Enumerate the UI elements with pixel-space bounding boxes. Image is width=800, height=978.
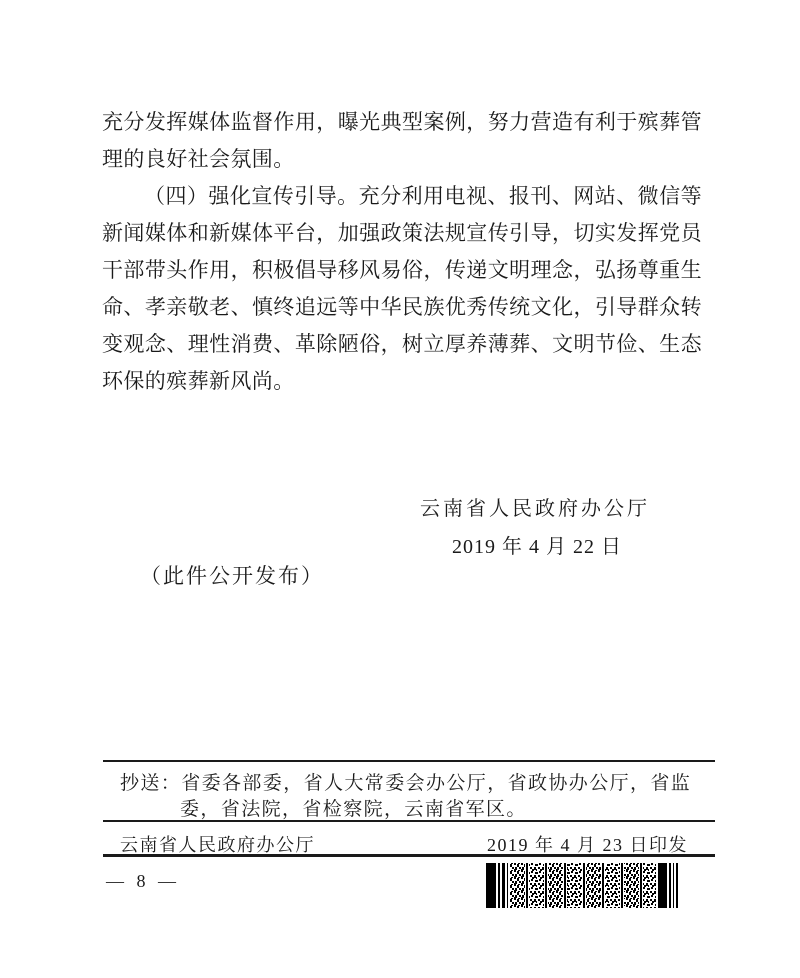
cc-divider-bottom bbox=[103, 820, 715, 822]
document-page: 充分发挥媒体监督作用，曝光典型案例，努力营造有利于殡葬管理的良好社会氛围。 （四… bbox=[0, 0, 800, 978]
page-number: — 8 — bbox=[106, 871, 180, 892]
public-release-note: （此件公开发布） bbox=[140, 560, 324, 590]
cc-divider-top bbox=[103, 760, 715, 762]
body-paragraph-section-4: （四）强化宣传引导。充分利用电视、报刊、网站、微信等新闻媒体和新媒体平台，加强政… bbox=[102, 178, 702, 400]
body-paragraph-continuation: 充分发挥媒体监督作用，曝光典型案例，努力营造有利于殡葬管理的良好社会氛围。 bbox=[102, 104, 702, 178]
body-text-block: 充分发挥媒体监督作用，曝光典型案例，努力营造有利于殡葬管理的良好社会氛围。 （四… bbox=[102, 104, 702, 400]
signature-date: 2019 年 4 月 22 日 bbox=[452, 530, 622, 559]
cc-distribution-line-1: 抄送：省委各部委，省人大常委会办公厅，省政协办公厅，省监 bbox=[120, 768, 691, 795]
footer-thick-rule bbox=[103, 854, 715, 857]
document-barcode-icon bbox=[486, 863, 678, 908]
cc-distribution-line-2: 委，省法院，省检察院，云南省军区。 bbox=[180, 794, 527, 821]
signature-organization: 云南省人民政府办公厅 bbox=[420, 492, 650, 521]
